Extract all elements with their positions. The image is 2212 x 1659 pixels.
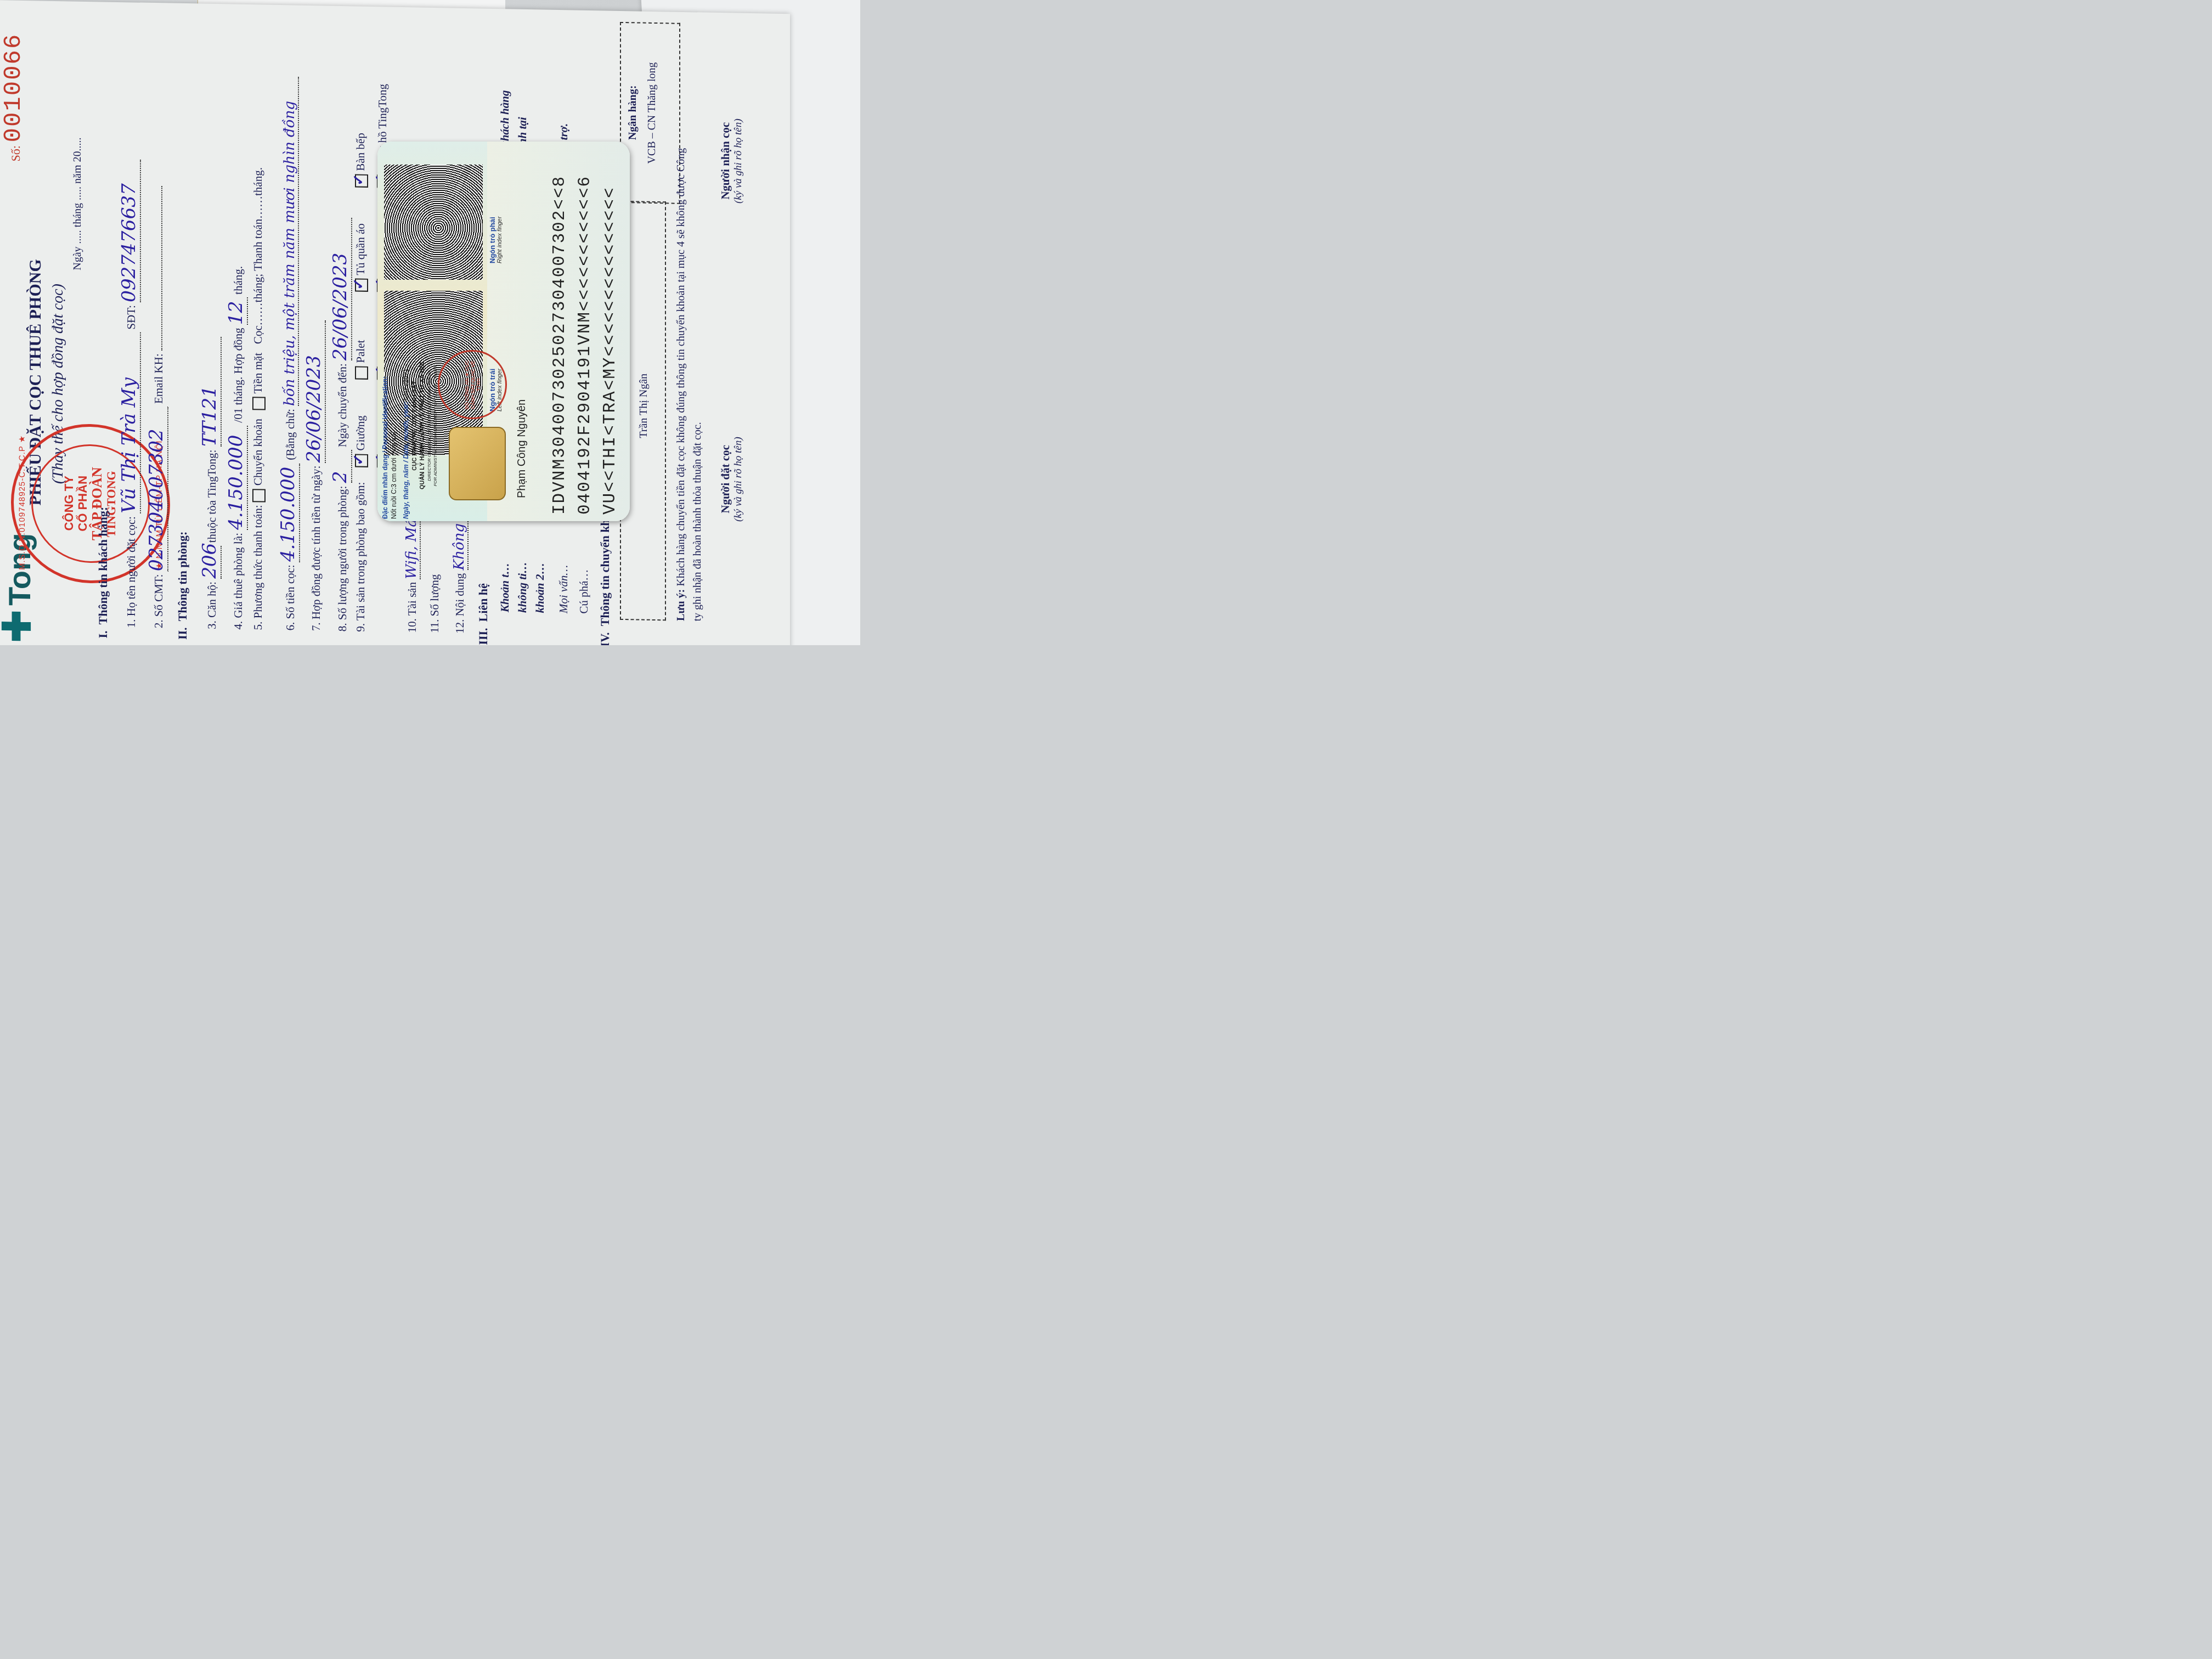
section-II-heading: II. Thông tin phòng: [176, 531, 190, 640]
feature-label: Đặc điểm nhân dạng / Personal identifica… [381, 332, 390, 519]
mrz-line: VU<<THI<TRA<MY<<<<<<<<<<<<<<< [598, 176, 623, 515]
field-apartment: 3. Căn hộ: 206 thuộc tòa TingTong: TT121 [199, 337, 222, 629]
deposit-value[interactable]: 4.150.000 [277, 463, 300, 562]
asset-tu-quan-ao[interactable]: Tủ quần áo [354, 187, 368, 291]
issue-date: 13/05/2021 [402, 369, 410, 402]
bank-value: VCB – CN Thăng long [646, 24, 658, 202]
chip-icon [449, 427, 506, 500]
contract-start-value[interactable]: 26/06/2023 [303, 320, 326, 463]
issuer-line1: CỤC TRƯỞNG CỤC CẢNH SÁT [411, 332, 419, 519]
mrz-line: IDVNM3040073025027304007302<<8 [548, 176, 573, 515]
contract-months-value[interactable]: 12 [225, 297, 248, 325]
police-seal-icon: BỘ CÔNG AN ★ CỤC CẢNH SÁT QLHC VỀ TTXH [438, 350, 507, 419]
note-line2: ty ghi nhận đã hoàn thành thỏa thuận đặt… [691, 422, 704, 622]
move-in-date-value[interactable]: 26/06/2023 [329, 218, 352, 361]
account-name: Trần Thị Ngân [637, 374, 650, 438]
stamp-ring-top: M.S.D.N:0109748925-C.T.C.P ★ [17, 426, 27, 579]
section-I-heading: I. Thông tin khách hàng: [96, 507, 110, 639]
field-id-number: 2. Số CMT: 027304007302 Email KH: [145, 186, 168, 629]
checkbox-icon [355, 174, 368, 187]
deposit-words-value[interactable]: bốn triệu, một trăm năm mươi nghìn đồng [281, 77, 299, 407]
serial-number: Số: 0010066 [0, 33, 27, 162]
plus-logo-icon: ✚ [0, 610, 38, 642]
occupants-value[interactable]: 2 [329, 450, 352, 483]
asset-giuong[interactable]: Giường [354, 379, 368, 467]
mrz-block: IDVNM3040073025027304007302<<8 0404192F2… [548, 176, 623, 515]
signature-receiver: Người nhận cọc (ký và ghi rõ họ tên) [719, 78, 744, 244]
date-line: Ngày ..... tháng ..... năm 20..... [71, 137, 84, 270]
issuer-en2: FOR ADMINISTRATIVE MANAGEMENT OF SOCIAL … [433, 332, 439, 519]
mrz-line: 0404192F2904191VNM<<<<<<<<<<<6 [573, 176, 598, 515]
email-value[interactable] [161, 186, 162, 351]
citizen-id-card-back: Ngón trỏ tráiLeft index finger Ngón trỏ … [377, 142, 630, 521]
customer-name-value[interactable]: Vũ Thị Trà My [118, 332, 141, 513]
section-III-line: Mọi vấn… [557, 565, 571, 614]
section-III-line: không ti… [516, 562, 529, 613]
checkbox-icon [355, 366, 368, 379]
signer-name: Phạm Công Nguyên [516, 399, 528, 498]
note-line1: Lưu ý: Khách hàng chuyển tiền đặt cọc kh… [675, 148, 687, 621]
field-contract-start: 7. Hợp đồng được tính tiền từ ngày: 26/0… [303, 320, 326, 631]
rent-price-value[interactable]: 4.150.000 [225, 425, 248, 530]
id-number-value[interactable]: 027304007302 [145, 407, 168, 572]
checkbox-icon [355, 278, 368, 291]
apartment-value[interactable]: 206 [199, 545, 222, 579]
signature-depositor: Người đặt cọc (ký và ghi rõ họ tên) [719, 397, 744, 562]
section-IV-heading: IV. Thông tin chuyển khoản [598, 500, 612, 645]
checkbox-transfer[interactable] [252, 489, 266, 502]
field-rent-price: 4. Giá thuê phòng là: 4.150.000 /01 thán… [225, 266, 248, 630]
section-III-line: Khoản t… [498, 563, 512, 613]
checkbox-icon [355, 454, 368, 467]
phone-value[interactable]: 0927476637 [118, 159, 141, 302]
section-III-line: khoản 2… [533, 563, 547, 613]
stamp-line2: CỔ PHẦN [76, 476, 89, 532]
checkbox-cash[interactable] [252, 397, 266, 410]
asset-ban-bep[interactable]: Bàn bếp [354, 55, 368, 187]
feature-value: Nốt ruồi C:3 cm dưới mép trái [390, 332, 398, 519]
field-occupants: 8. Số lượng người trong phòng: 2 Ngày ch… [329, 218, 352, 632]
issuer-en1: DIRECTOR GENERAL OF THE POLICE DEPARTMEN… [427, 332, 433, 519]
stamp-line1: CÔNG TY [63, 476, 76, 531]
building-value[interactable]: TT121 [199, 337, 222, 447]
issuer-line2: QUẢN LÝ HÀNH CHÍNH VỀ TRẬT TỰ XÃ HỘI [419, 332, 427, 519]
section-III-line: Cú phá… [577, 569, 591, 614]
field-deposit: 6. Số tiền cọc: 4.150.000 (Bằng chữ: bốn… [277, 76, 300, 630]
field-quantity: 11. Số lượng [428, 574, 442, 633]
field-customer-name: 1. Họ tên người đặt cọc: Vũ Thị Trà My S… [118, 159, 141, 628]
field-assets: 9. Tài sản trong phòng bao gồm: [354, 482, 368, 632]
field-payment-method: 5. Phương thức thanh toán: Chuyển khoản … [251, 167, 266, 630]
section-III-heading: III. Liên hệ [476, 583, 490, 645]
issue-date-label: Ngày, tháng, năm / Date, month, year: [402, 402, 410, 519]
asset-palet[interactable]: Palet [354, 291, 368, 379]
